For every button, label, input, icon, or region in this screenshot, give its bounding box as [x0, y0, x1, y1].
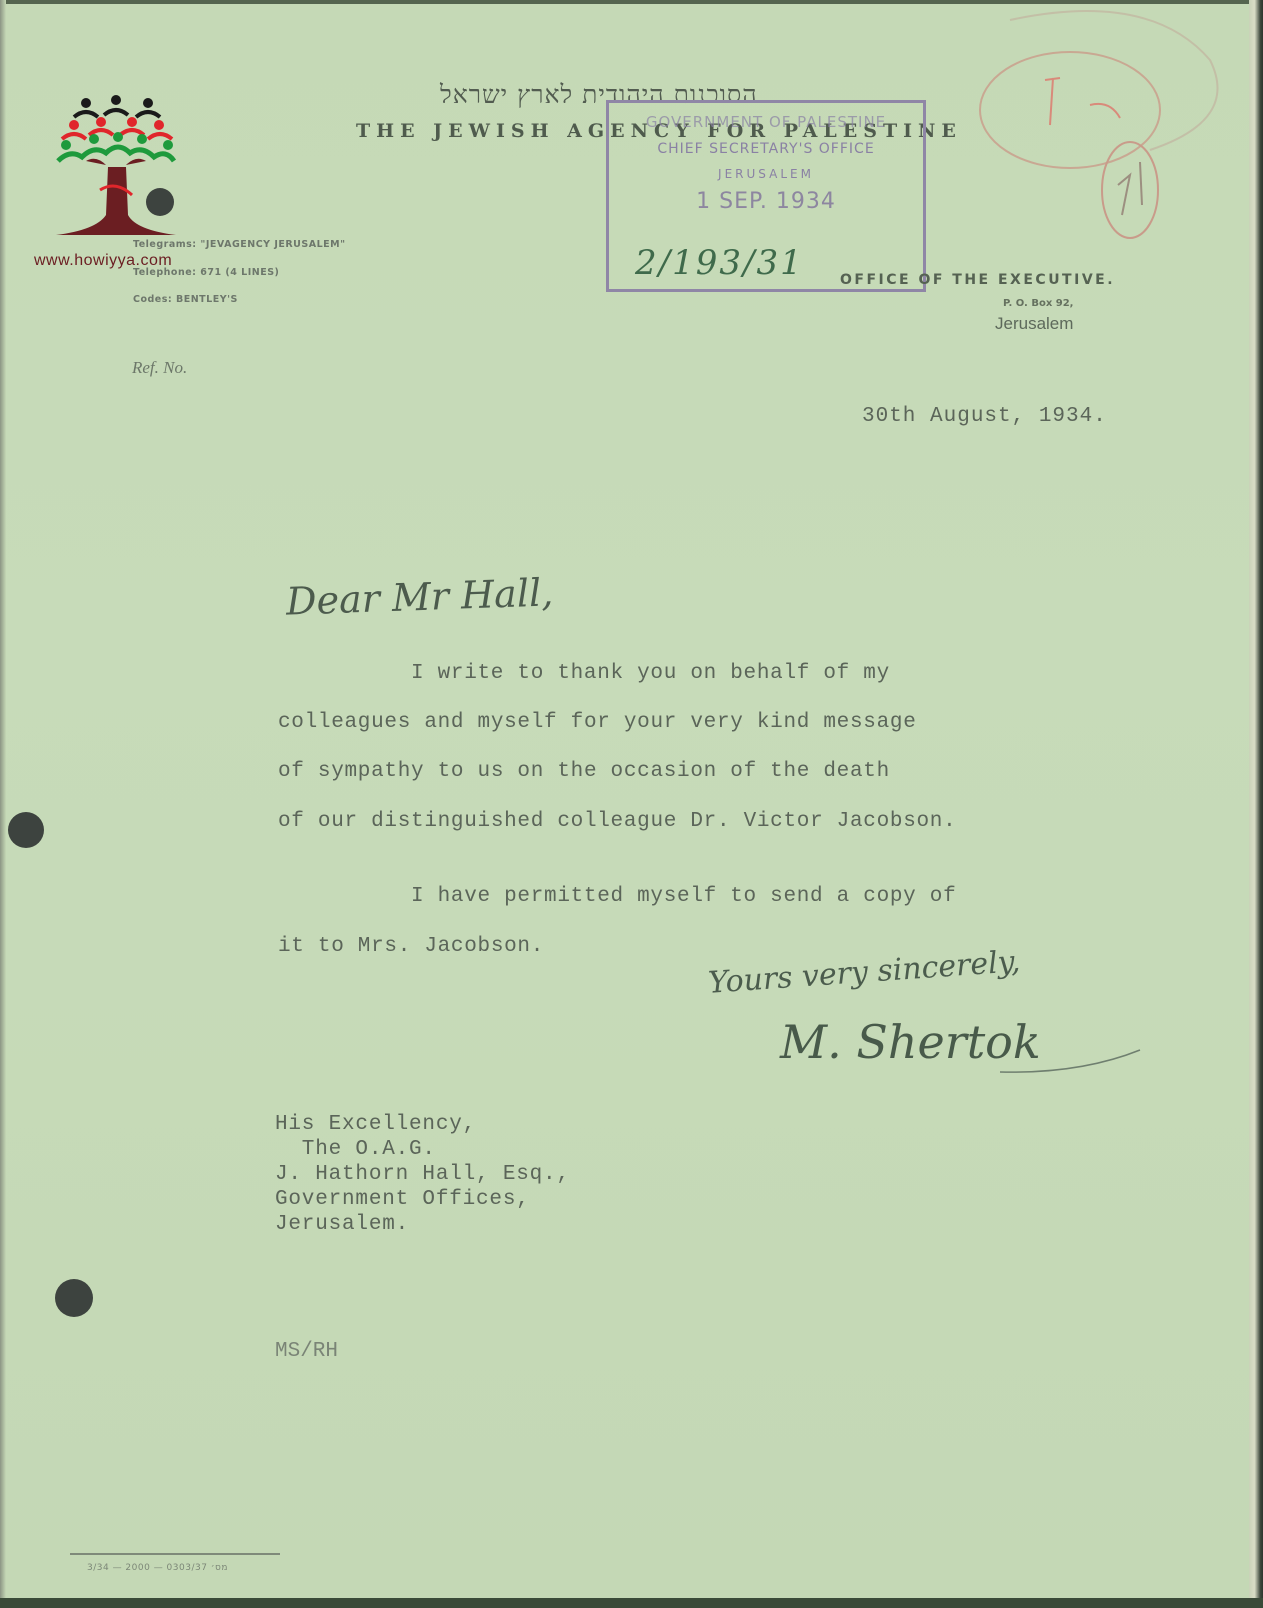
letter-page: www.howiyya.com הסוכנות היהודית לארץ ישר… [0, 0, 1263, 1608]
recipient-line: Jerusalem. [275, 1213, 409, 1236]
stamp-date: 1 SEP. 1934 [609, 189, 923, 214]
body-line: of our distinguished colleague Dr. Victo… [278, 810, 956, 833]
stamp-government: GOVERNMENT OF PALESTINE [609, 113, 923, 131]
telephone-line: Telephone: 671 (4 LINES) [133, 267, 279, 278]
body-line: colleagues and myself for your very kind… [278, 711, 917, 734]
received-stamp: GOVERNMENT OF PALESTINE CHIEF SECRETARY'… [606, 100, 926, 292]
punch-hole [55, 1279, 93, 1317]
codes-line: Codes: BENTLEY'S [133, 294, 238, 305]
typist-initials: MS/RH [275, 1340, 338, 1363]
howiyya-logo-icon [56, 95, 176, 245]
recipient-line: Government Offices, [275, 1188, 530, 1211]
salutation: Dear Mr Hall, [285, 570, 554, 623]
telegrams-line: Telegrams: "JEVAGENCY JERUSALEM" [133, 239, 346, 250]
recipient-line: The O.A.G. [275, 1138, 436, 1161]
signature-flourish-icon [1000, 1030, 1150, 1080]
body-line: it to Mrs. Jacobson. [278, 935, 544, 958]
punch-hole [146, 188, 174, 216]
letter-date: 30th August, 1934. [862, 405, 1107, 428]
stamp-office: CHIEF SECRETARY'S OFFICE [609, 141, 923, 157]
office-title: OFFICE OF THE EXECUTIVE. [840, 272, 1115, 288]
body-line: of sympathy to us on the occasion of the… [278, 760, 890, 783]
recipient-line: J. Hathorn Hall, Esq., [275, 1163, 570, 1186]
scan-edge-left [0, 0, 6, 1608]
recipient-line: His Excellency, [275, 1113, 476, 1136]
ref-label: Ref. No. [132, 358, 187, 378]
file-number: 2/193/31 [635, 243, 804, 283]
scan-edge-bottom [0, 1598, 1263, 1608]
print-code: 3/34 — 2000 — 0303/37 מס׳ [87, 1563, 228, 1573]
pencil-annotation-icon [950, 0, 1250, 240]
punch-hole [8, 812, 44, 848]
footer-rule [70, 1553, 280, 1555]
po-box: P. O. Box 92, [1003, 298, 1073, 309]
body-line: I write to thank you on behalf of my [411, 662, 890, 685]
letterhead-city: Jerusalem [995, 314, 1073, 334]
stamp-city: JERUSALEM [609, 167, 923, 181]
scan-edge-right [1249, 0, 1263, 1608]
closing: Yours very sincerely, [707, 944, 1021, 1001]
body-line: I have permitted myself to send a copy o… [411, 885, 956, 908]
